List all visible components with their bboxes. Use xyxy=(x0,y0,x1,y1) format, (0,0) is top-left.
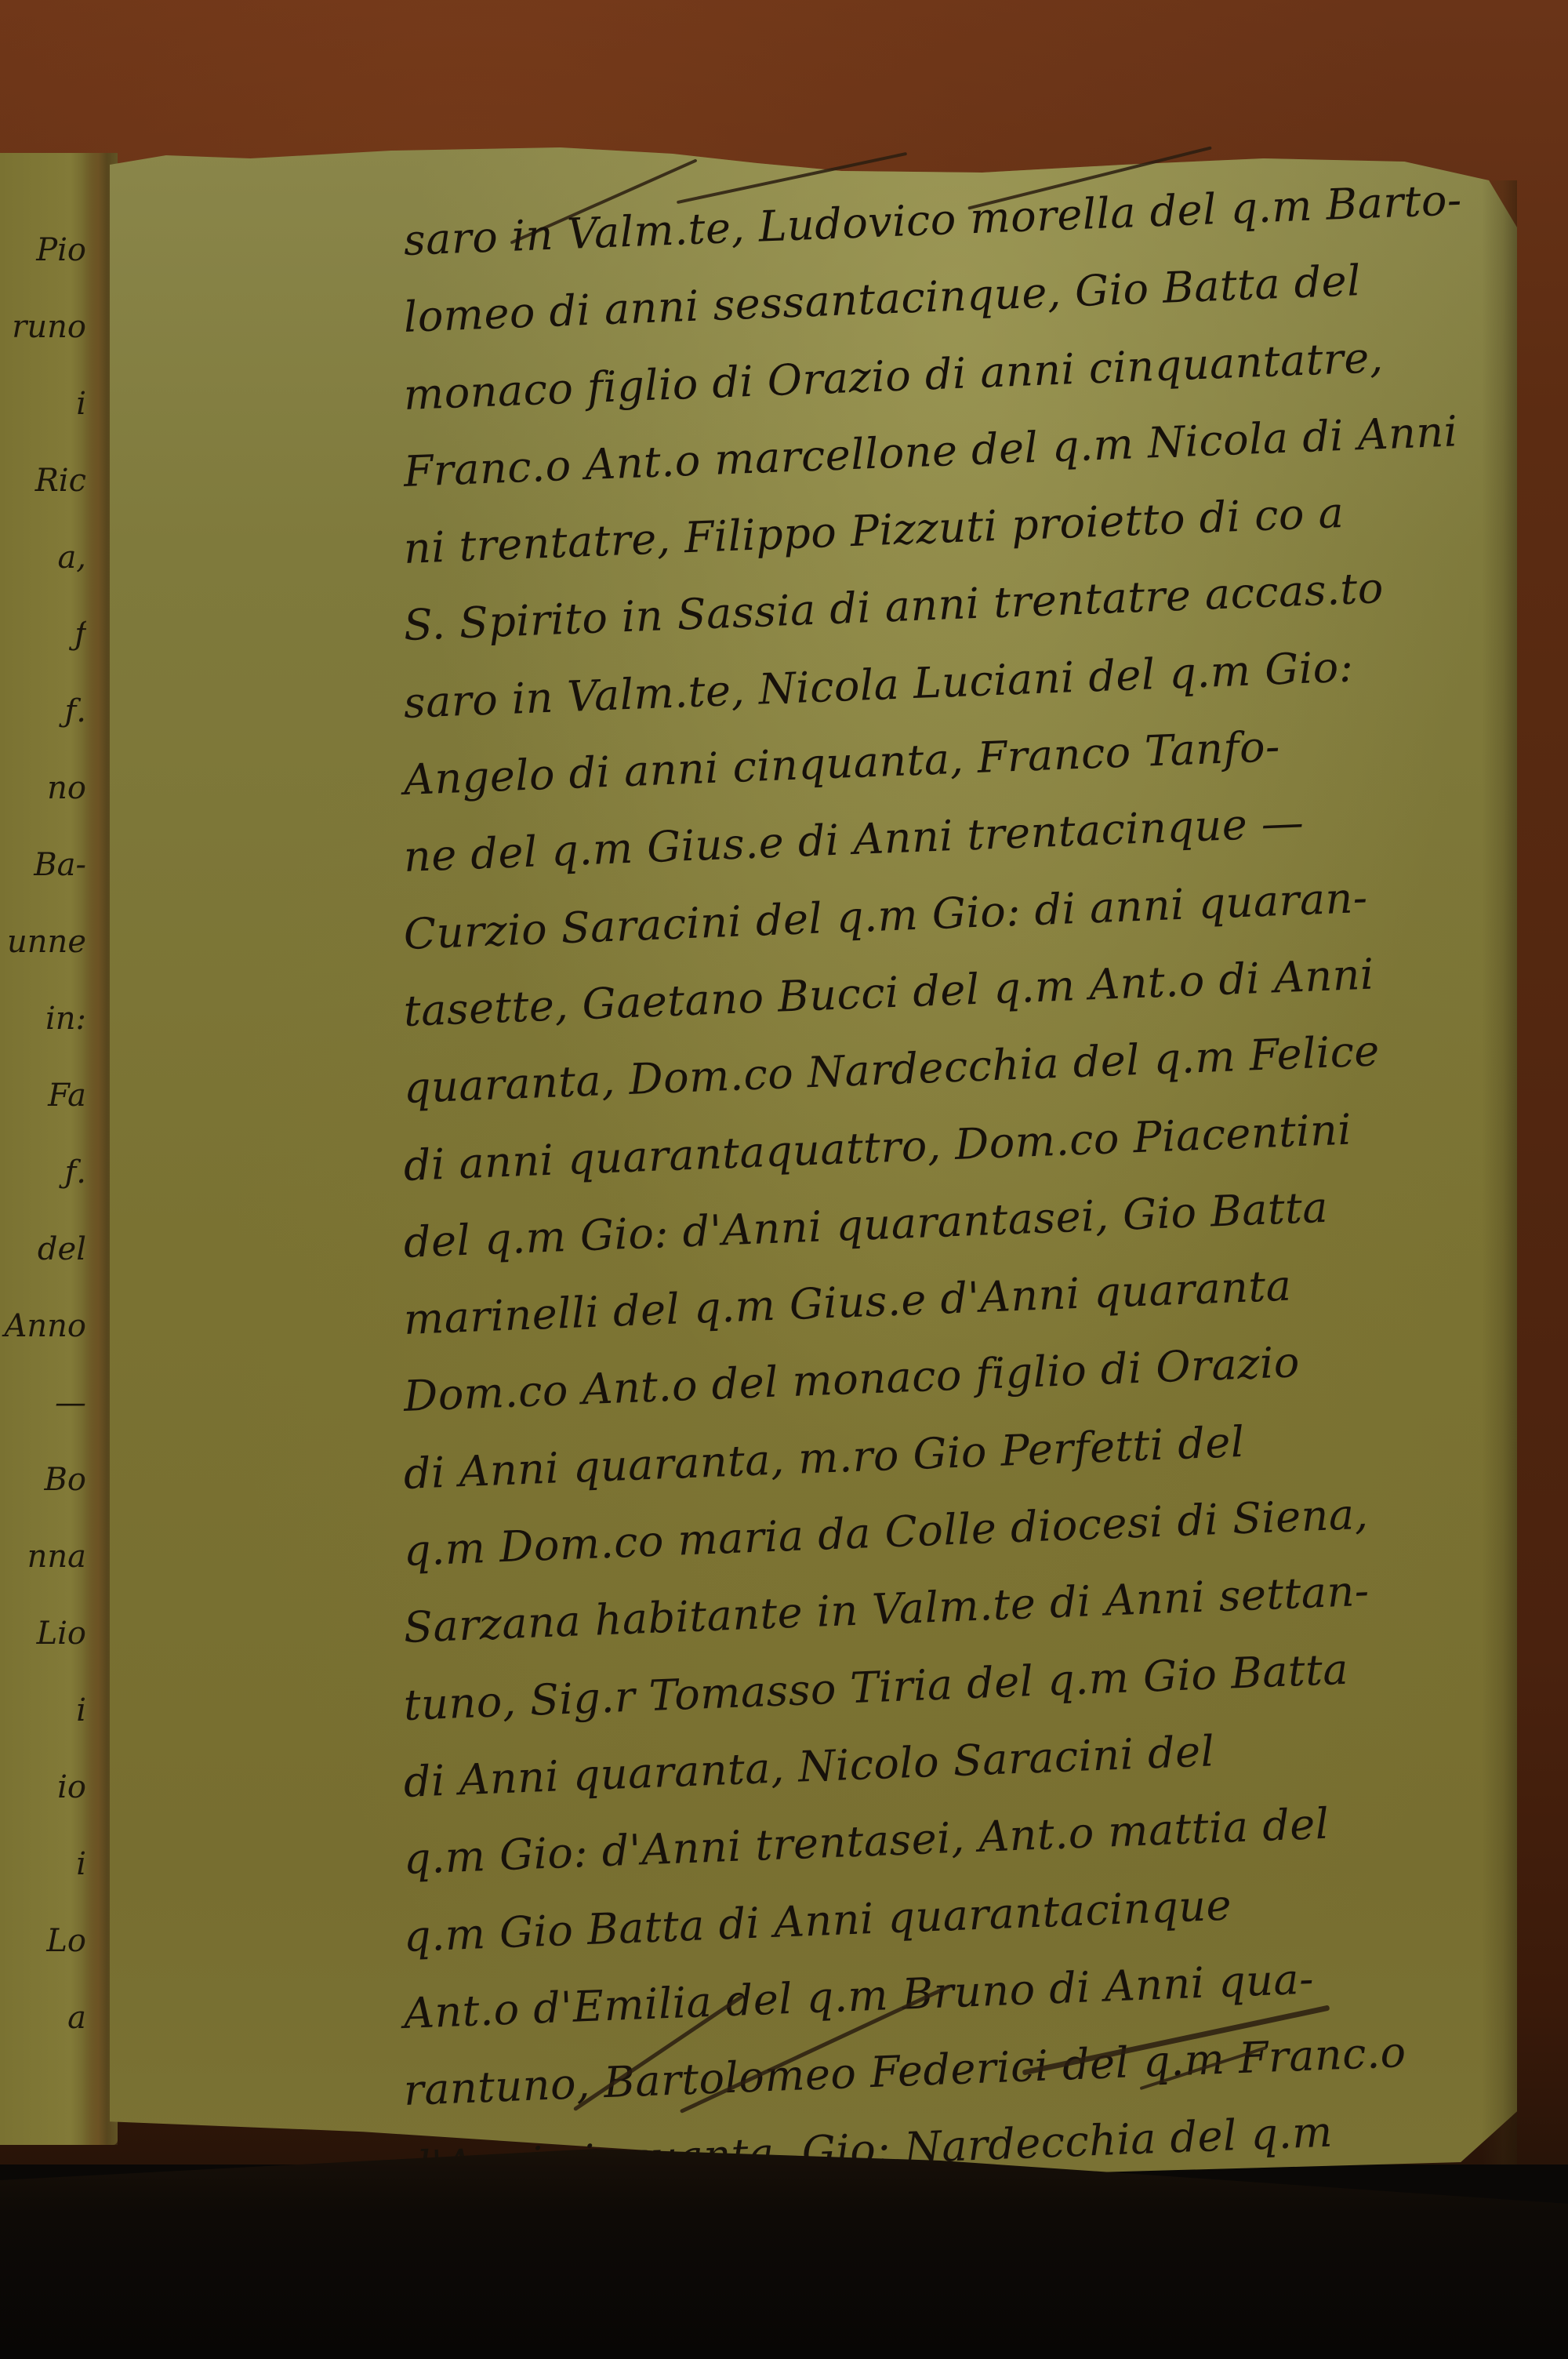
left-fragment-line: Lio xyxy=(0,1595,86,1672)
left-fragment-line: i xyxy=(0,365,86,442)
left-fragment-line: del xyxy=(0,1211,86,1288)
left-fragment-line: ƒ. xyxy=(0,1134,86,1211)
left-fragment-line: i xyxy=(0,1672,86,1749)
left-fragment-line: Ba- xyxy=(0,827,86,903)
left-fragment-line: a xyxy=(0,1979,86,2056)
left-fragment-line: ƒ. xyxy=(0,673,86,750)
left-fragment-line: ƒ xyxy=(0,596,86,673)
left-fragment-line: unne xyxy=(0,903,86,980)
left-fragment-line: Fa xyxy=(0,1057,86,1134)
left-fragment-line: io xyxy=(0,1749,86,1826)
left-fragment-line: runo xyxy=(0,289,86,365)
left-fragment-line: no xyxy=(0,750,86,827)
left-fragment-line: Anno xyxy=(0,1288,86,1365)
left-fragment-line: Lo xyxy=(0,1903,86,1979)
manuscript-text-block: saro in Valm.te, Ludovico morella del q.… xyxy=(404,202,1501,2359)
left-fragment-line: i xyxy=(0,1826,86,1903)
left-fragment-line: Ric xyxy=(0,442,86,519)
left-fragment-line: — xyxy=(0,1365,86,1441)
left-fragment-line: Bo xyxy=(0,1441,86,1518)
left-fragment-line: in: xyxy=(0,980,86,1057)
left-fragment-line: a, xyxy=(0,519,86,596)
left-fragment-line: nna xyxy=(0,1518,86,1595)
left-page-fragment-text: Pio runo i Ric a, ƒ ƒ. no Ba- unne in: F… xyxy=(0,212,86,2056)
left-fragment-line: Pio xyxy=(0,212,86,289)
